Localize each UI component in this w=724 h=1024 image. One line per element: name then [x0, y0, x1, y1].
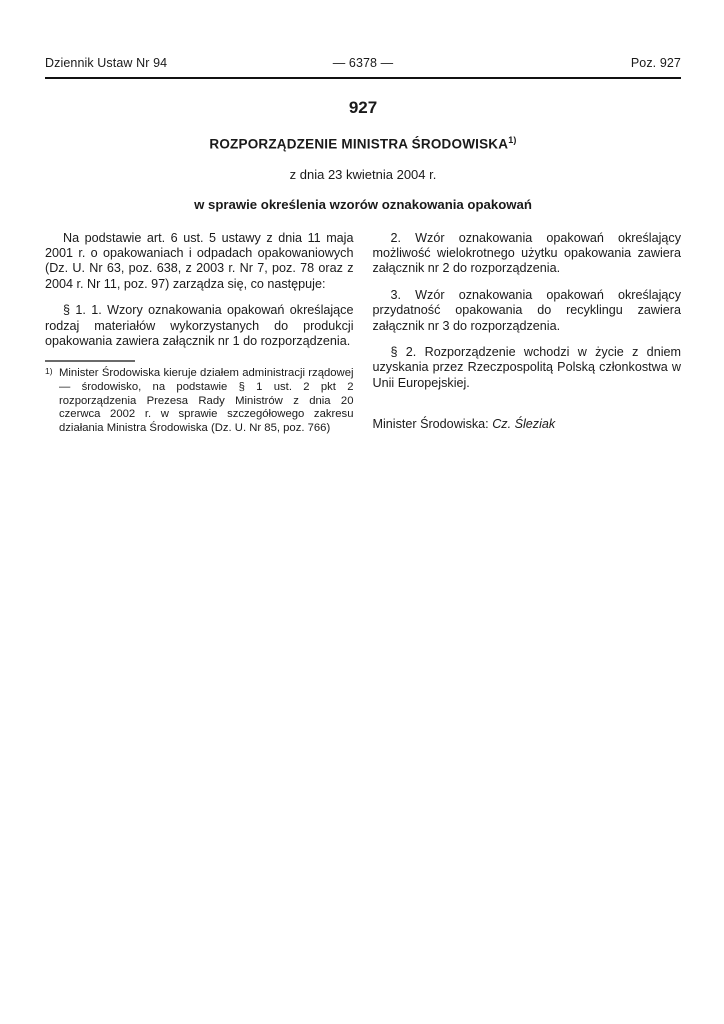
paragraph-section1-point3: 3. Wzór oznakowania opakowań określający…: [373, 288, 682, 334]
paragraph-section2: § 2. Rozporządzenie wchodzi w życie z dn…: [373, 345, 682, 391]
signature-name: Cz. Śleziak: [492, 417, 555, 431]
signature-role: Minister Środowiska:: [373, 417, 489, 431]
running-head: Dziennik Ustaw Nr 94 — 6378 — Poz. 927: [45, 56, 681, 70]
header-rule: [45, 77, 681, 79]
paragraph-section1-point2: 2. Wzór oznakowania opakowań określający…: [373, 231, 682, 277]
paragraph-section1-point1: § 1. 1. Wzory oznakowania opakowań okreś…: [45, 303, 354, 349]
right-column: 2. Wzór oznakowania opakowań określający…: [373, 231, 682, 444]
act-subject: w sprawie określenia wzorów oznakowania …: [45, 197, 681, 212]
footnote-marker: 1): [45, 365, 53, 379]
footnote: 1)Minister Środowiska kieruje działem ad…: [45, 367, 354, 435]
journal-title: Dziennik Ustaw Nr 94: [45, 56, 333, 70]
footnote-text: Minister Środowiska kieruje działem admi…: [59, 367, 354, 433]
footnote-rule: [45, 360, 135, 362]
act-title-text: ROZPORZĄDZENIE MINISTRA ŚRODOWISKA: [209, 137, 508, 152]
body-columns: Na podstawie art. 6 ust. 5 ustawy z dnia…: [45, 231, 681, 444]
page-number: — 6378 —: [333, 56, 394, 70]
act-title: ROZPORZĄDZENIE MINISTRA ŚRODOWISKA1): [45, 135, 681, 152]
left-column: Na podstawie art. 6 ust. 5 ustawy z dnia…: [45, 231, 354, 444]
act-date: z dnia 23 kwietnia 2004 r.: [45, 167, 681, 182]
position-number: Poz. 927: [393, 56, 681, 70]
signature-line: Minister Środowiska: Cz. Śleziak: [373, 417, 682, 432]
footnote-reference: 1): [508, 135, 516, 145]
paragraph-legal-basis: Na podstawie art. 6 ust. 5 ustawy z dnia…: [45, 231, 354, 293]
act-number: 927: [45, 98, 681, 118]
document-page: Dziennik Ustaw Nr 94 — 6378 — Poz. 927 9…: [0, 0, 724, 1024]
